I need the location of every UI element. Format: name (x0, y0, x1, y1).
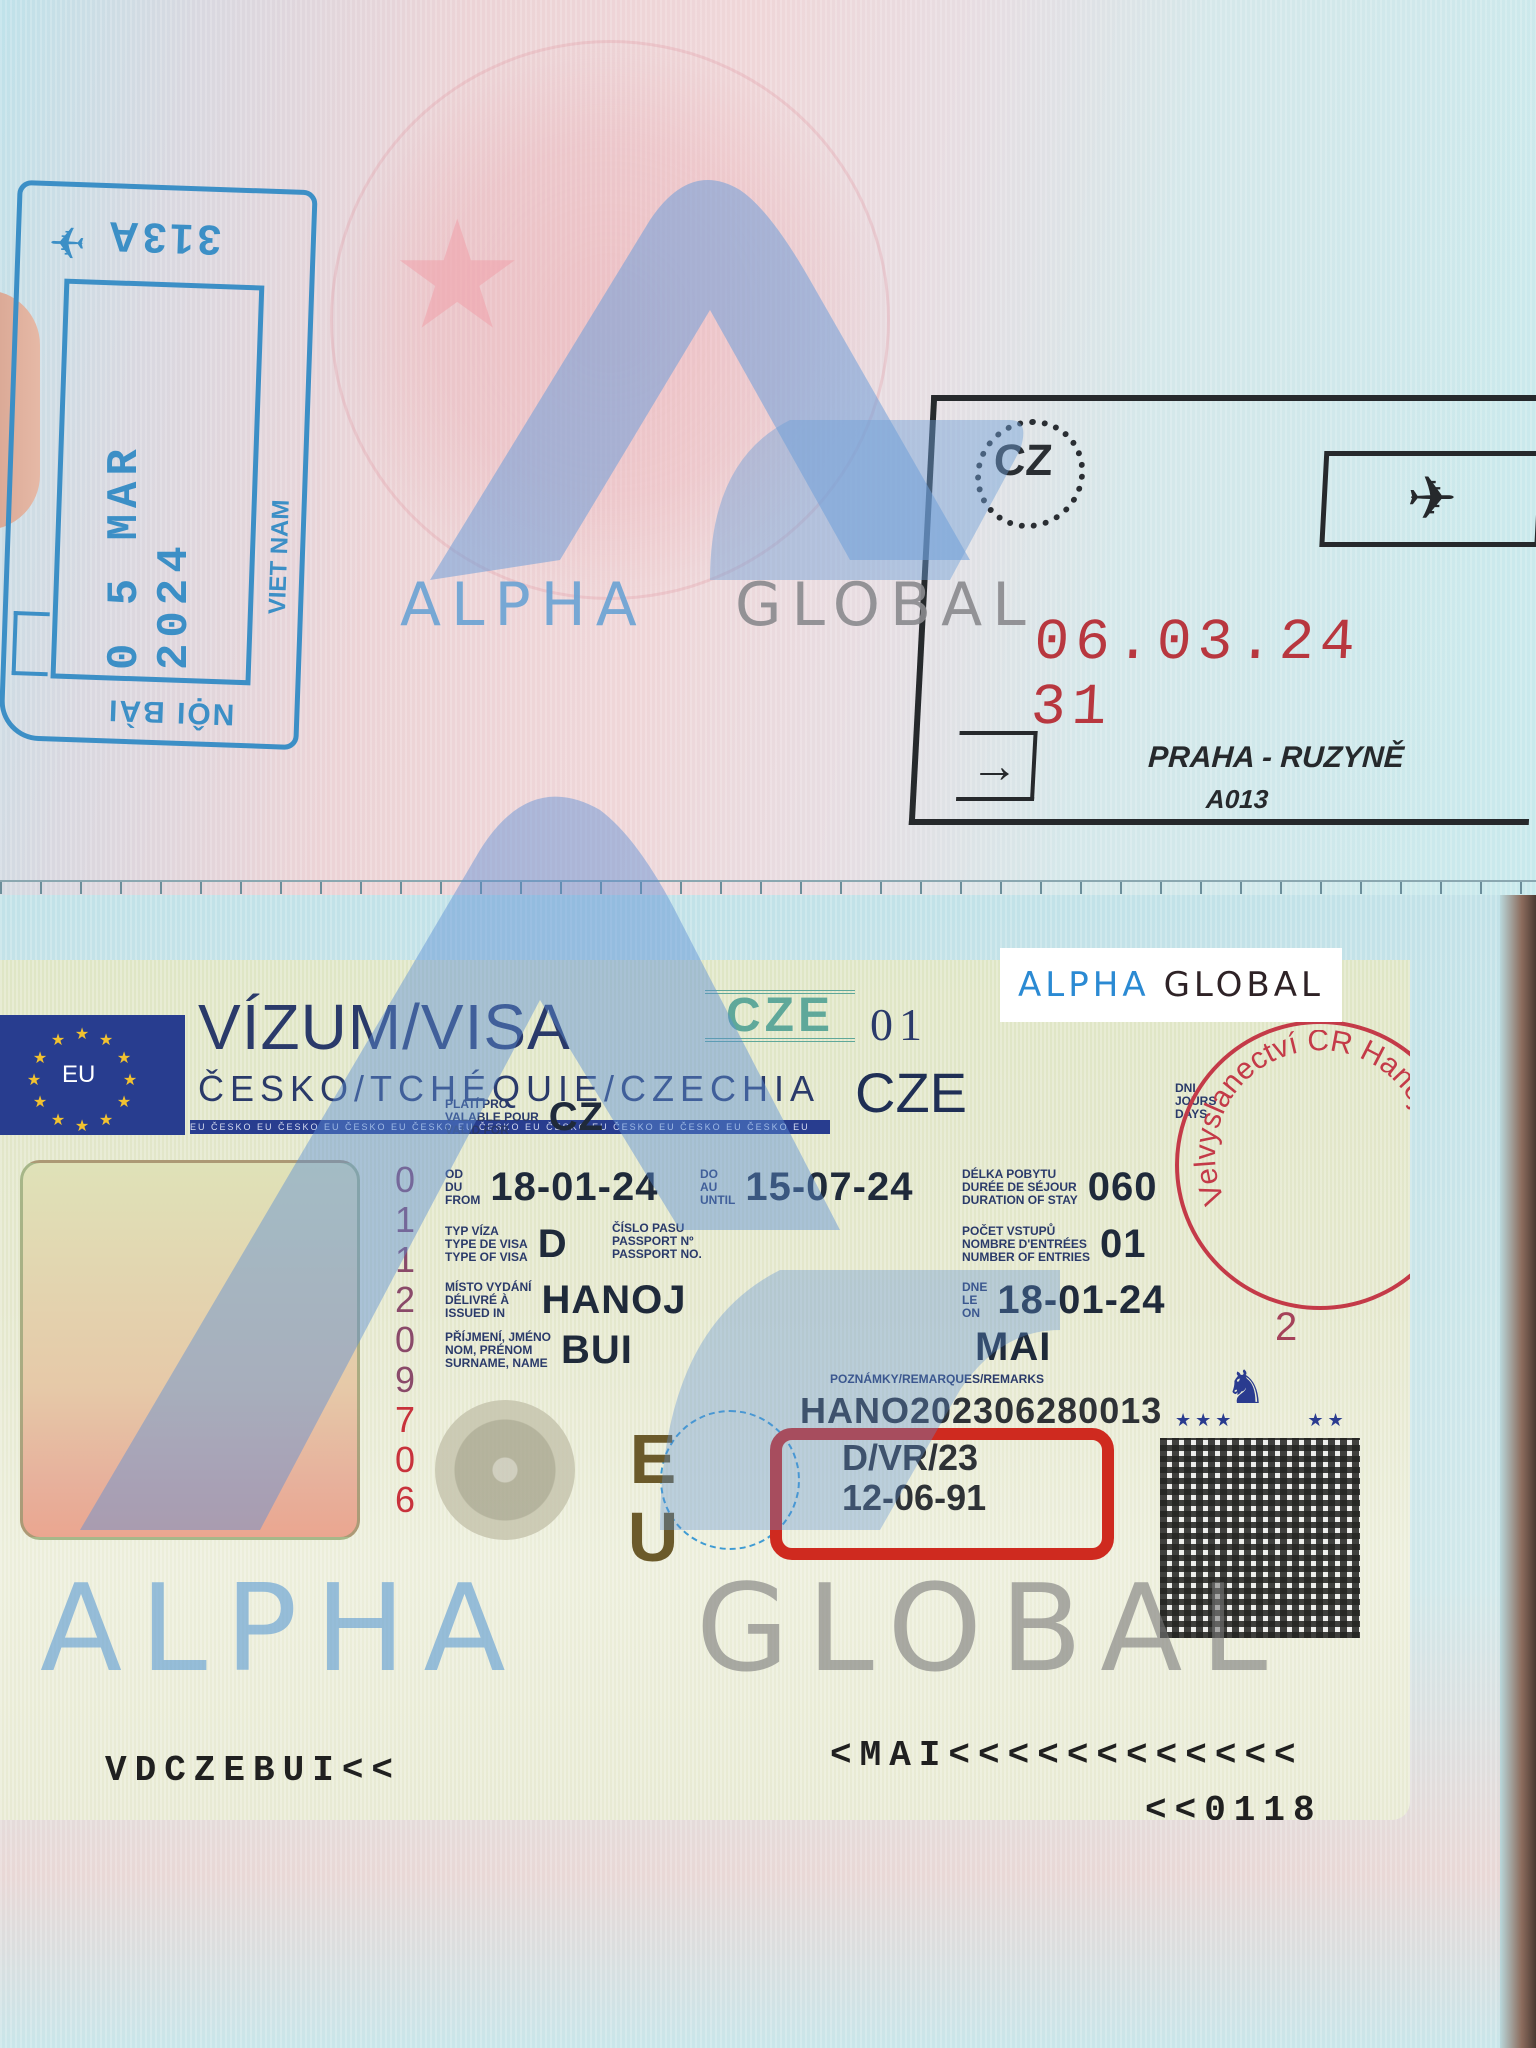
brand-alpha: ALPHA (1018, 965, 1150, 1005)
svg-text:★: ★ (51, 1032, 65, 1049)
eu-mark-text: EU (620, 1420, 686, 1576)
svg-text:★: ★ (28, 1072, 41, 1089)
field-label: DÉLKA POBYTU DURÉE DE SÉJOUR DURATION OF… (962, 1168, 1078, 1207)
visa-country-code: CZE (855, 1060, 967, 1125)
serial-digit: 6 (385, 1480, 425, 1520)
svg-text:★: ★ (99, 1032, 113, 1049)
stamp-date: 0 5 MAR 2024 (90, 290, 210, 670)
eu-security-mark: EU (620, 1420, 680, 1576)
field-label: DNE LE ON (962, 1281, 987, 1320)
field-from: OD DU FROM 18-01-24 (445, 1165, 658, 1210)
field-label: TYP VÍZA TYPE DE VISA TYPE OF VISA (445, 1225, 528, 1264)
svg-text:★: ★ (117, 1094, 131, 1111)
stamp-airport: NỘI BÀI (107, 692, 235, 730)
serial-digit: 2 (385, 1280, 425, 1320)
field-value: 18-01-24 (490, 1165, 658, 1210)
svg-text:★: ★ (117, 1050, 131, 1067)
stamp-country-code: CZ (992, 436, 1053, 486)
label-line: TYPE OF VISA (445, 1251, 528, 1264)
svg-text:★: ★ (51, 1112, 65, 1129)
field-value: HANOJ (541, 1278, 686, 1323)
field-value: D (538, 1222, 568, 1267)
label-line: DURATION OF STAY (962, 1194, 1078, 1207)
field-label: ČÍSLO PASU PASSPORT Nº PASSPORT No. (612, 1222, 702, 1261)
eu-flag: ★★★ ★★★ ★★★ ★★★ EU (0, 1015, 185, 1135)
remarks-reference: HANO202306280013 (800, 1390, 1162, 1432)
svg-text:★: ★ (123, 1072, 136, 1089)
brand-global: GLOBAL (735, 570, 1036, 640)
security-print-cze: CZE (705, 990, 855, 1042)
field-given-name: MAI (975, 1325, 1051, 1370)
field-valid-for: PLATÍ PRO VALABLE POUR VALID FOR CZ (445, 1095, 604, 1140)
stamp-date-value: 06.03.24 (1033, 611, 1363, 676)
svg-text:★: ★ (33, 1050, 47, 1067)
czech-lion-icon: ♞ (1225, 1360, 1266, 1414)
brand-global: GLOBAL (696, 1560, 1285, 1699)
eu-flag-label: EU (62, 1061, 95, 1089)
field-value: BUI (561, 1328, 633, 1373)
field-value: CZ (549, 1095, 604, 1140)
field-issued-in: MÍSTO VYDÁNÍ DÉLIVRÉ À ISSUED IN HANOJ (445, 1278, 687, 1323)
stars-decoration: ★★★ ★★ (1175, 1410, 1348, 1431)
label-line: ISSUED IN (445, 1307, 531, 1320)
remarks-label: POZNÁMKY/REMARQUES/REMARKS (830, 1372, 1044, 1386)
field-value: 01 (1100, 1222, 1147, 1267)
embassy-seal-text: Velvyslanectví ČR Hanoj (1185, 1030, 1410, 1300)
mrz-line2-right: <<0118 (1145, 1790, 1323, 1820)
svg-text:★: ★ (99, 1112, 113, 1129)
field-duration: DÉLKA POBYTU DURÉE DE SÉJOUR DURATION OF… (962, 1165, 1158, 1210)
stamp-country: VIET NAM (264, 499, 296, 615)
field-value: 060 (1088, 1165, 1158, 1210)
label-line: ON (962, 1307, 987, 1320)
serial-digit: 7 (385, 1400, 425, 1440)
brand-global: GLOBAL (1164, 965, 1324, 1005)
label-line: VALID FOR (445, 1124, 539, 1137)
field-issued-on: DNE LE ON 18-01-24 (962, 1278, 1165, 1323)
field-surname: PŘÍJMENÍ, JMÉNO NOM, PRÉNOM SURNAME, NAM… (445, 1328, 633, 1373)
stamp-number: 31 (1029, 676, 1114, 741)
serial-digit: 0 (385, 1160, 425, 1200)
svg-text:★: ★ (33, 1094, 47, 1111)
seal-number: 2 (1275, 1305, 1297, 1350)
field-entries: POČET VSTUPŮ NOMBRE D'ENTRÉES NUMBER OF … (962, 1222, 1147, 1267)
label-line: SURNAME, NAME (445, 1357, 551, 1370)
entry-arrow-icon: → (956, 731, 1038, 801)
security-guilloche (435, 1400, 575, 1540)
label-line: FROM (445, 1194, 480, 1207)
passport-page-seam (0, 880, 1536, 894)
visa-serial-vertical: 0 1 1 2 0 9 7 0 6 (385, 1160, 425, 1520)
field-label: PLATÍ PRO VALABLE POUR VALID FOR (445, 1098, 539, 1137)
serial-digit: 0 (385, 1440, 425, 1480)
svg-text:★: ★ (75, 1118, 89, 1131)
field-label: POČET VSTUPŮ NOMBRE D'ENTRÉES NUMBER OF … (962, 1225, 1090, 1264)
field-label: DO AU UNTIL (700, 1168, 735, 1207)
brand-watermark-top: ALPHA GLOBAL (400, 570, 1036, 640)
serial-digit: 9 (385, 1360, 425, 1400)
photo-area (20, 1160, 360, 1540)
seal-text: Velvyslanectví ČR Hanoj (1189, 1030, 1410, 1209)
field-value: 18-01-24 (997, 1278, 1165, 1323)
departure-arrow-icon (12, 611, 50, 676)
stamp-officer-code: 313A (104, 212, 222, 264)
brand-alpha: ALPHA (400, 570, 647, 640)
star-icon: ★ (390, 200, 524, 350)
serial-digit: 1 (385, 1200, 425, 1240)
label-line: PASSPORT No. (612, 1248, 702, 1261)
field-value: 15-07-24 (745, 1165, 913, 1210)
label-line: NUMBER OF ENTRIES (962, 1251, 1090, 1264)
field-until: DO AU UNTIL 15-07-24 (700, 1165, 913, 1210)
brand-alpha: ALPHA (40, 1560, 524, 1699)
field-visa-type: TYP VÍZA TYPE DE VISA TYPE OF VISA D (445, 1222, 568, 1267)
field-label: MÍSTO VYDÁNÍ DÉLIVRÉ À ISSUED IN (445, 1281, 531, 1320)
mrz-line1-left: VDCZEBUI<< (105, 1750, 401, 1791)
field-label: PŘÍJMENÍ, JMÉNO NOM, PRÉNOM SURNAME, NAM… (445, 1331, 551, 1370)
airplane-icon: ✈ (1319, 451, 1536, 547)
stamp-date: 06.03.24 31 (1029, 611, 1536, 741)
svg-text:★: ★ (75, 1026, 89, 1043)
brand-badge: ALPHA GLOBAL (1000, 948, 1342, 1022)
red-highlight-box (770, 1428, 1114, 1560)
stamp-code: A013 (1205, 784, 1269, 815)
stamp-place: PRAHA - RUZYNĚ (1147, 741, 1404, 775)
serial-digit: 1 (385, 1240, 425, 1280)
field-passport-number: ČÍSLO PASU PASSPORT Nº PASSPORT No. (612, 1222, 702, 1261)
passport-edge (1500, 895, 1536, 2048)
label-line: UNTIL (700, 1194, 735, 1207)
serial-digit: 0 (385, 1320, 425, 1360)
field-label: OD DU FROM (445, 1168, 480, 1207)
airplane-icon: ✈ (48, 215, 87, 267)
visa-title: VÍZUM/VISA (198, 990, 571, 1064)
svg-text:Velvyslanectví ČR Hanoj: Velvyslanectví ČR Hanoj (1189, 1030, 1410, 1209)
brand-watermark-bottom: ALPHA GLOBAL (40, 1560, 1285, 1699)
mrz-line1-right: <MAI<<<<<<<<<<<< (830, 1735, 1304, 1776)
visa-number-top: 01 (870, 998, 928, 1051)
